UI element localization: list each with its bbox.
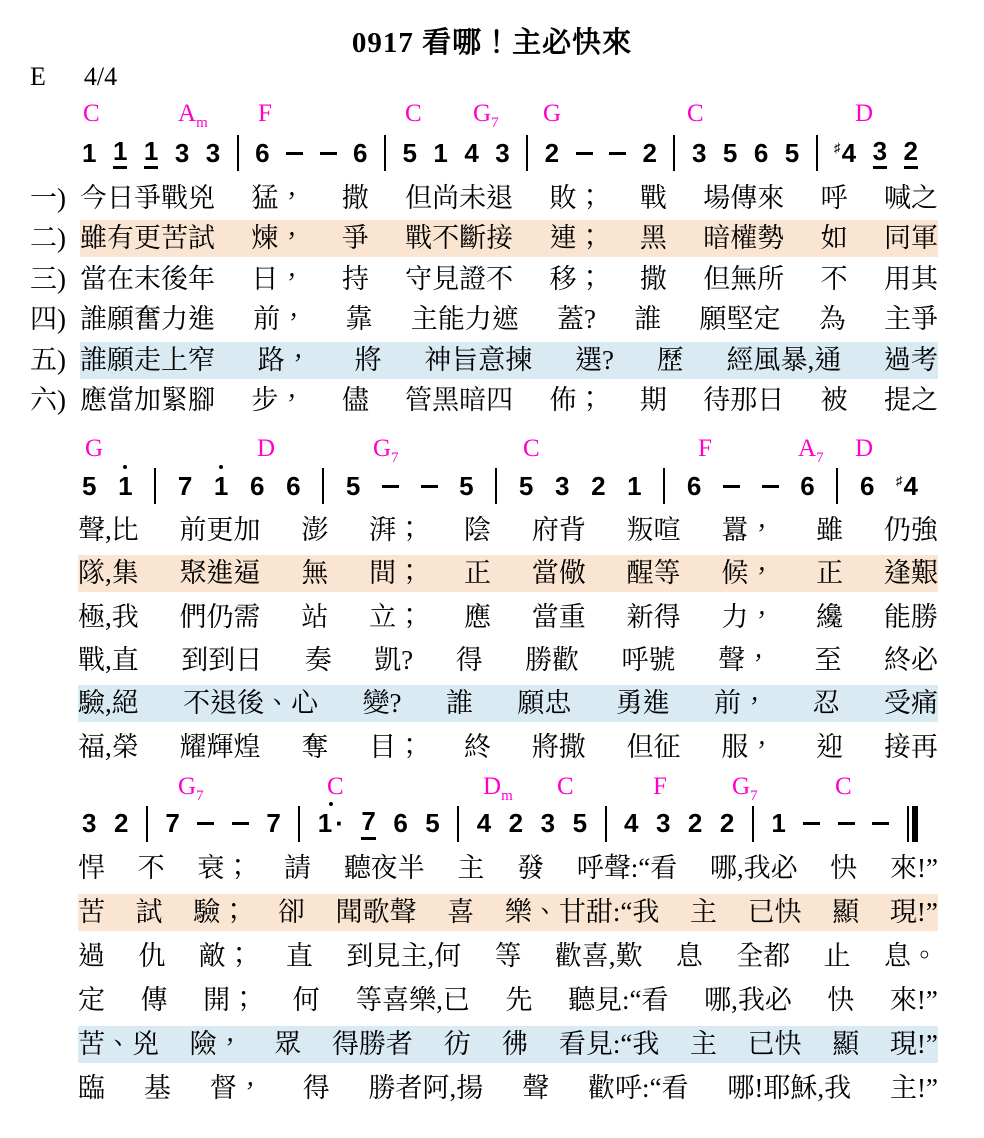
lyric-group: 誰願走上窄 (80, 347, 215, 374)
music-system-2: GDG7CFA7D517166555321666♯4聲,比前更加澎湃；陰府背叛喧… (0, 421, 984, 769)
barline-icon (384, 135, 386, 171)
lyric-line: 一)今日爭戰兇猛，撒但尚未退敗；戰場傳來呼喊之 (0, 178, 984, 219)
note-digit: 3 (541, 809, 555, 838)
lyric-group: 戰 (640, 185, 667, 212)
chord-label: C (835, 774, 852, 799)
thin-bar (907, 806, 909, 842)
lyric-group: 同軍 (884, 225, 938, 252)
dash-note-icon (723, 485, 740, 488)
hymn-sheet: 0917 看哪！主必快來 E4/4 CAmFCG7GCD111336651432… (0, 0, 984, 1138)
barline-icon (495, 468, 497, 504)
lyric-group: 基 (144, 1075, 171, 1102)
augmentation-dot-icon: · (335, 809, 344, 838)
lyric-group: 新得 (627, 604, 681, 631)
note-digit: 1 (318, 809, 332, 838)
chord-label: G7 (373, 436, 399, 461)
chord-label: G (85, 436, 103, 461)
note-digit: 2 (545, 139, 559, 168)
chord-row: GDG7CFA7D (0, 421, 984, 463)
note: 1 (82, 139, 96, 168)
note: 3 (656, 809, 670, 838)
chord-quality: 7 (391, 450, 399, 466)
note: 3 (873, 137, 887, 170)
note: 5 (425, 809, 439, 838)
note-digit: 6 (687, 472, 701, 501)
lyric-group: 主能力遮 (411, 306, 519, 333)
note: 3 (541, 809, 555, 838)
lyric-group: 彿 (501, 1031, 528, 1058)
dash-note-icon (576, 152, 593, 155)
lyric-group: 敗； (550, 185, 604, 212)
note-digit: 1 (214, 472, 228, 501)
chord-label: G7 (732, 774, 758, 799)
lyric-group: 纔 (816, 604, 843, 631)
lyric-group: 撒 (640, 266, 667, 293)
lyric-line: 臨基督，得勝者阿,揚聲歡呼:“看哪!耶穌,我主!” (0, 1067, 984, 1111)
note-digit: 5 (346, 472, 360, 501)
chord-label: F (653, 774, 667, 799)
lyric-group: 連； (550, 225, 604, 252)
lyric-group: 前， (253, 306, 307, 333)
chord-label: Dm (483, 774, 513, 799)
chord-row: G7CDmCFG7C (0, 769, 984, 801)
lyric-group: 得勝者 (332, 1031, 413, 1058)
note: 6 (860, 472, 874, 501)
lyric-line: 戰,直到到日奏凱?得勝歡呼號聲，至終必 (0, 639, 984, 682)
lyric-line: 福,榮耀輝煌奪目；終將撒但征服，迎接再 (0, 725, 984, 768)
lyric-line: 苦、兇險，眾得勝者彷彿看見:“我主已快顯現!” (0, 1023, 984, 1067)
note-digit: 6 (286, 472, 300, 501)
note: 1 (771, 809, 785, 838)
page-title: 0917 看哪！主必快來 (0, 20, 984, 61)
lyric-group: 步， (251, 387, 305, 414)
note-digit: 6 (754, 139, 768, 168)
chord-label: G (543, 101, 561, 126)
lyric-content: 過仇敵；直到見主,何等歡喜,歎息全都止息。 (78, 938, 938, 975)
lyric-group: 無 (301, 560, 328, 587)
lyric-content: 定傳開；何等喜樂,已先聽見:“看哪,我必快來!” (78, 982, 938, 1019)
note: 6 (353, 139, 367, 168)
lyric-group: 儘 (342, 387, 369, 414)
lyric-group: 能勝 (884, 604, 938, 631)
barline-icon (146, 806, 148, 842)
lyric-group: 哪!耶穌,我 (727, 1075, 851, 1102)
dash-note-icon (197, 822, 214, 825)
lyric-group: 接再 (884, 734, 938, 761)
lyric-group: 聽見:“看 (568, 987, 669, 1014)
note-digit: 5 (459, 472, 473, 501)
lyric-group: 敵； (199, 943, 253, 970)
chord-label: C (327, 774, 344, 799)
note-digit: 3 (873, 137, 887, 166)
music-system-3: G7CDmCFG7C32771·765423543221悍不衰；請聽夜半主發呼聲… (0, 769, 984, 1111)
chord-quality: m (501, 788, 513, 804)
lyric-group: 不退後、心 (183, 690, 318, 717)
note-digit: 6 (800, 472, 814, 501)
highlighted-lyric-content: 苦、兇險，眾得勝者彷彿看見:“我主已快顯現!” (78, 1026, 938, 1063)
lyric-group: 顯 (832, 899, 859, 926)
lyric-group: 們仍需 (180, 604, 261, 631)
note-digit: 2 (720, 809, 734, 838)
chord-label: C (687, 101, 704, 126)
note: 2 (509, 809, 523, 838)
verse-label: 四) (30, 306, 80, 333)
lyric-group: 當在末後年 (80, 266, 215, 293)
lyric-group: 得 (303, 1075, 330, 1102)
note-digit: 2 (904, 137, 918, 166)
lyric-line: 三)當在末後年日，持守見證不移；撒但無所不用其 (0, 259, 984, 300)
lyric-group: 猛， (251, 185, 305, 212)
lyric-group: 誰願奮力進 (80, 306, 215, 333)
lyric-line: 六)應當加緊腳步，儘管黑暗四佈；期待那日被提之 (0, 381, 984, 422)
lyric-group: 發 (517, 855, 544, 882)
verse-label: 三) (30, 266, 80, 293)
note: 6 (250, 472, 264, 501)
note-digit: 1 (113, 137, 127, 166)
lyric-content: 極,我們仍需站立；應當重新得力，纔能勝 (78, 599, 938, 636)
lyric-group: 歡呼:“看 (588, 1075, 689, 1102)
note-digit: 6 (255, 139, 269, 168)
note-digit: 6 (393, 809, 407, 838)
note: 6 (754, 139, 768, 168)
lyric-group: 隊,集 (78, 560, 139, 587)
note: 5 (459, 472, 473, 501)
lyric-group: 站 (301, 604, 328, 631)
lyric-group: 待那日 (703, 387, 784, 414)
lyric-line: 驗,絕不退後、心變?誰願忠勇進前，忍受痛 (0, 682, 984, 725)
lyric-group: 主!” (890, 1075, 938, 1102)
time-signature: 4/4 (84, 62, 117, 91)
note: 3 (82, 809, 96, 838)
note: 2 (904, 137, 918, 170)
lyric-group: 過考 (884, 347, 938, 374)
lyric-group: 看見:“我 (559, 1031, 660, 1058)
title-row: 0917 看哪！主必快來 (0, 0, 984, 62)
lyric-group: 現!” (890, 899, 938, 926)
note: 6 (800, 472, 814, 501)
lyric-group: 陰 (464, 517, 491, 544)
lyric-group: 驗； (193, 899, 247, 926)
note: 3 (555, 472, 569, 501)
sharp-icon: ♯ (896, 473, 903, 488)
notation-row: 32771·765423543221 (0, 801, 984, 847)
note: 7 (178, 472, 192, 501)
lyric-group: 神旨意揀 (424, 347, 532, 374)
lyric-line: 五)誰願走上窄路，將神旨意揀選?歷經風暴,通過考 (0, 340, 984, 381)
lyric-group: 日， (251, 266, 305, 293)
lyric-group: 撒 (342, 185, 369, 212)
note-digit: 7 (266, 809, 280, 838)
barline-icon (457, 806, 459, 842)
lyric-group: 正 (816, 560, 843, 587)
dash-note-icon (232, 822, 249, 825)
lyric-group: 來!” (890, 987, 938, 1014)
note-digit: 6 (353, 139, 367, 168)
lyric-content: 聲,比前更加澎湃；陰府背叛喧囂，雖仍強 (78, 512, 938, 549)
note: 4 (464, 139, 478, 168)
lyric-group: 蓋? (557, 306, 596, 333)
note-digit: 6 (860, 472, 874, 501)
note: 3 (495, 139, 509, 168)
lyric-group: 期 (640, 387, 667, 414)
note: 1 (627, 472, 641, 501)
key-signature: E (30, 62, 46, 91)
lyric-line: 二)雖有更苦試煉，爭戰不斷接連；黑暗權勢如同軍 (0, 219, 984, 260)
note: 1· (318, 809, 344, 838)
lyric-group: 苦 (78, 899, 105, 926)
note: 2 (720, 809, 734, 838)
note-digit: 4 (904, 472, 918, 501)
note: 1 (433, 139, 447, 168)
lyric-group: 服， (721, 734, 775, 761)
dash-note-icon (838, 822, 855, 825)
lyric-group: 勇進 (616, 690, 670, 717)
lyric-group: 經風暴,通 (726, 347, 841, 374)
barline-icon (752, 806, 754, 842)
lyric-group: 先 (505, 987, 532, 1014)
verse-label: 六) (30, 387, 80, 414)
lyric-group: 歡喜,歎 (555, 943, 643, 970)
lyric-group: 湃； (369, 517, 423, 544)
lyric-group: 呼 (821, 185, 848, 212)
note-digit: 5 (573, 809, 587, 838)
lyric-content: 應當加緊腳步，儘管黑暗四佈；期待那日被提之 (80, 382, 938, 419)
octave-dot-icon (219, 465, 223, 469)
lyric-group: 移； (550, 266, 604, 293)
lyric-line: 四)誰願奮力進前，靠主能力遮蓋?誰願堅定為主爭 (0, 300, 984, 341)
lyric-content: 戰,直到到日奏凱?得勝歡呼號聲，至終必 (78, 642, 938, 679)
lyric-group: 間； (369, 560, 423, 587)
barline-icon (237, 135, 239, 171)
lyric-group: 受痛 (884, 690, 938, 717)
lyric-content: 臨基督，得勝者阿,揚聲歡呼:“看哪!耶穌,我主!” (78, 1070, 938, 1107)
lyric-group: 立； (369, 604, 423, 631)
note-digit: 5 (425, 809, 439, 838)
chord-label: C (523, 436, 540, 461)
highlighted-lyric-content: 苦試驗；卻聞歌聲喜樂、甘甜:“我主已快顯現!” (78, 894, 938, 931)
chord-label: D (855, 436, 873, 461)
notation-row: 517166555321666♯4 (0, 463, 984, 509)
note-digit: 6 (250, 472, 264, 501)
chord-quality: 7 (196, 788, 204, 804)
lyric-group: 卻 (278, 899, 305, 926)
note-digit: 5 (82, 472, 96, 501)
lyric-group: 聽夜半 (344, 855, 425, 882)
lyric-group: 等 (494, 943, 521, 970)
dash-note-icon (762, 485, 779, 488)
lyric-group: 爭 (342, 225, 369, 252)
note: 2 (643, 139, 657, 168)
note-digit: 5 (519, 472, 533, 501)
lyric-group: 苦、兇 (78, 1031, 159, 1058)
lyric-group: 醒等 (627, 560, 681, 587)
lyric-group: 用其 (884, 266, 938, 293)
lyric-group: 勝歡 (525, 647, 579, 674)
final-barline-icon (907, 806, 918, 842)
lyric-group: 何 (293, 987, 320, 1014)
note: 6 (255, 139, 269, 168)
lyric-group: 應 (464, 604, 491, 631)
lyric-group: 等喜樂,已 (355, 987, 470, 1014)
lyric-content: 今日爭戰兇猛，撒但尚未退敗；戰場傳來呼喊之 (80, 180, 938, 217)
lyric-group: 傳 (141, 987, 168, 1014)
lyric-group: 但尚未退 (405, 185, 513, 212)
note-digit: 4 (624, 809, 638, 838)
note-digit: 2 (643, 139, 657, 168)
note-digit: 4 (464, 139, 478, 168)
lyric-group: 喊之 (884, 185, 938, 212)
lyric-group: 主爭 (884, 306, 938, 333)
note-digit: 3 (555, 472, 569, 501)
lyric-group: 目； (369, 734, 423, 761)
lyric-group: 已快 (748, 1031, 802, 1058)
highlighted-lyric-content: 雖有更苦試煉，爭戰不斷接連；黑暗權勢如同軍 (80, 220, 938, 257)
note: 1 (144, 137, 158, 170)
lyric-group: 仇 (138, 943, 165, 970)
lyric-group: 迎 (816, 734, 843, 761)
lyric-group: 聲 (522, 1075, 549, 1102)
lyric-group: 戰,直 (78, 647, 139, 674)
lyric-group: 直 (286, 943, 313, 970)
lyric-group: 聲,比 (78, 517, 139, 544)
music-systems: CAmFCG7GCD11133665143223565♯432一)今日爭戰兇猛，… (0, 92, 984, 1111)
note: 6 (393, 809, 407, 838)
lyric-group: 試 (136, 899, 163, 926)
lyric-group: 力， (721, 604, 775, 631)
note: 4 (477, 809, 491, 838)
lyric-group: 仍強 (884, 517, 938, 544)
chord-quality: m (196, 115, 208, 131)
barline-icon (154, 468, 156, 504)
note-digit: 3 (175, 139, 189, 168)
lyric-group: 快 (827, 987, 854, 1014)
note-digit: 5 (723, 139, 737, 168)
lyric-group: 選? (575, 347, 614, 374)
lyric-group: 正 (464, 560, 491, 587)
note: 6 (687, 472, 701, 501)
note-digit: 2 (591, 472, 605, 501)
lyric-group: 如 (821, 225, 848, 252)
barline-icon (836, 468, 838, 504)
lyric-group: 耀輝煌 (180, 734, 261, 761)
lyric-group: 暗權勢 (703, 225, 784, 252)
lyric-group: 到到日 (181, 647, 262, 674)
chord-label: Am (178, 101, 208, 126)
lyric-group: 煉， (251, 225, 305, 252)
lyric-group: 開； (203, 987, 257, 1014)
note: 3 (692, 139, 706, 168)
lyric-group: 戰不斷接 (405, 225, 513, 252)
lyric-group: 變? (363, 690, 402, 717)
lyric-group: 福,榮 (78, 734, 139, 761)
lyric-group: 當重 (532, 604, 586, 631)
note: 3 (175, 139, 189, 168)
note: 2 (545, 139, 559, 168)
lyric-group: 誰 (446, 690, 473, 717)
note: 5 (346, 472, 360, 501)
chord-row: CAmFCG7GCD (0, 92, 984, 128)
lyric-group: 誰 (634, 306, 661, 333)
lyric-content: 當在末後年日，持守見證不移；撒但無所不用其 (80, 261, 938, 298)
chord-label: C (405, 101, 422, 126)
note: 2 (688, 809, 702, 838)
lyric-group: 但征 (627, 734, 681, 761)
note-digit: 4 (477, 809, 491, 838)
note: 1 (113, 137, 127, 170)
chord-quality: 7 (491, 115, 499, 131)
note-digit: 5 (402, 139, 416, 168)
lyric-group: 彷 (444, 1031, 471, 1058)
lyric-group: 前更加 (180, 517, 261, 544)
lyric-group: 逢艱 (884, 560, 938, 587)
note: 4 (624, 809, 638, 838)
verse-label: 二) (30, 225, 80, 252)
lyric-group: 現!” (890, 1031, 938, 1058)
music-system-1: CAmFCG7GCD11133665143223565♯432一)今日爭戰兇猛，… (0, 92, 984, 421)
lyric-group: 佈； (550, 387, 604, 414)
note-digit: 2 (509, 809, 523, 838)
lyric-group: 顯 (832, 1031, 859, 1058)
dash-note-icon (803, 822, 820, 825)
lyric-group: 叛喧 (627, 517, 681, 544)
sharp-icon: ♯ (834, 140, 841, 155)
highlighted-lyric-content: 隊,集聚進逼無間；正當儆醒等候，正逢艱 (78, 555, 938, 592)
lyric-group: 為 (819, 306, 846, 333)
note: 7 (165, 809, 179, 838)
note-digit: 1 (144, 137, 158, 166)
lyric-line: 苦試驗；卻聞歌聲喜樂、甘甜:“我主已快顯現!” (0, 891, 984, 935)
lyric-group: 奪 (301, 734, 328, 761)
lyric-group: 呼號 (622, 647, 676, 674)
lyric-group: 來!” (890, 855, 938, 882)
chord-label: C (557, 774, 574, 799)
lyric-group: 忍 (813, 690, 840, 717)
lyric-group: 澎 (301, 517, 328, 544)
lyric-group: 不 (138, 855, 165, 882)
lyric-group: 黑 (640, 225, 667, 252)
octave-dot-icon (329, 802, 333, 806)
lyric-group: 雖 (816, 517, 843, 544)
octave-dot-icon (123, 465, 127, 469)
lyric-group: 喜 (447, 899, 474, 926)
dash-note-icon (286, 152, 303, 155)
lyric-group: 樂、甘甜:“我 (505, 899, 660, 926)
lyric-content: 悍不衰；請聽夜半主發呼聲:“看哪,我必快來!” (78, 850, 938, 887)
lyric-group: 守見證不 (405, 266, 513, 293)
dash-note-icon (382, 485, 399, 488)
lyric-group: 雖有更苦試 (80, 225, 215, 252)
barline-icon (816, 135, 818, 171)
lyric-line: 定傳開；何等喜樂,已先聽見:“看哪,我必快來!” (0, 979, 984, 1023)
dash-note-icon (872, 822, 889, 825)
lyric-line: 極,我們仍需站立；應當重新得力，纔能勝 (0, 596, 984, 639)
note-digit: 3 (495, 139, 509, 168)
highlighted-lyric-content: 誰願走上窄路，將神旨意揀選?歷經風暴,通過考 (80, 342, 938, 379)
verse-label: 一) (30, 185, 80, 212)
chord-quality: 7 (816, 450, 824, 466)
lyric-group: 全都 (736, 943, 790, 970)
barline-icon (673, 135, 675, 171)
lyric-group: 今日爭戰兇 (80, 185, 215, 212)
note-digit: 2 (114, 809, 128, 838)
note-digit: 7 (165, 809, 179, 838)
barline-icon (526, 135, 528, 171)
lyric-line: 聲,比前更加澎湃；陰府背叛喧囂，雖仍強 (0, 509, 984, 552)
note: 5 (519, 472, 533, 501)
lyric-line: 隊,集聚進逼無間；正當儆醒等候，正逢艱 (0, 552, 984, 595)
lyric-group: 府背 (532, 517, 586, 544)
chord-label: A7 (798, 436, 824, 461)
